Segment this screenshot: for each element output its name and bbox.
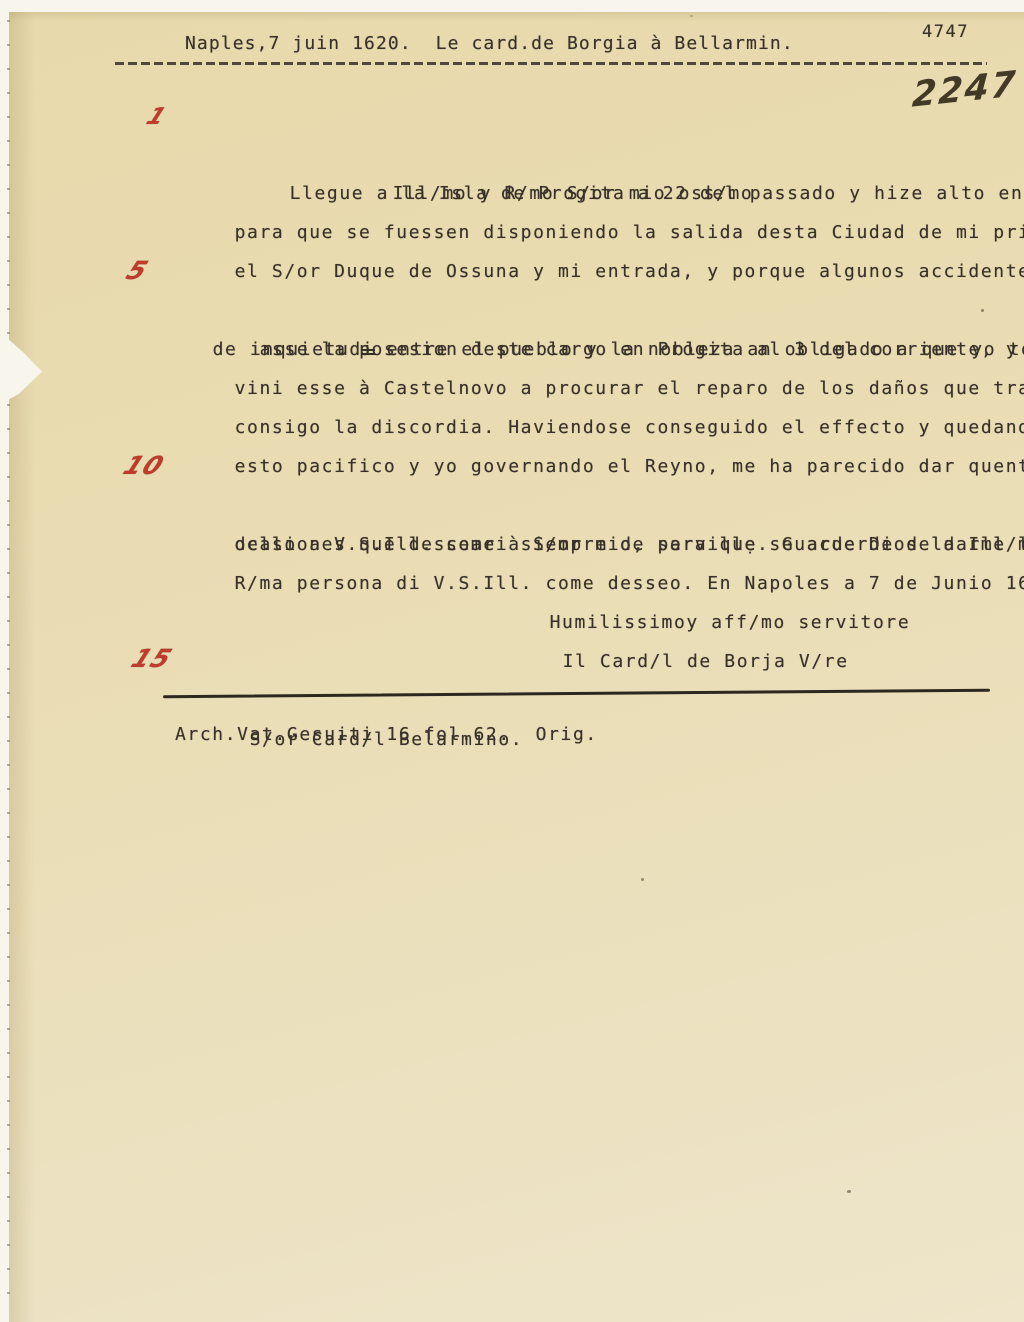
letter-body: 1 Ill/mo y R/mo S/or mio oss/mo Llegue a… <box>160 96 1005 681</box>
body-line: vini esse à Castelnovo a procurar el rep… <box>160 330 1005 369</box>
paper-perforated-edge <box>7 20 10 1312</box>
body-line: consigo la discordia. Haviendose consegu… <box>160 369 1005 408</box>
paper-left-shading <box>9 12 35 1322</box>
archive-number: 4747 <box>922 22 969 42</box>
body-line: asse la posesion deste cargo en Progita … <box>160 291 1005 330</box>
body-line: el S/or Duque de Ossuna y mi entrada, y … <box>160 213 1005 252</box>
salutation-line: 1 Ill/mo y R/mo S/or mio oss/mo <box>160 96 1005 135</box>
paper-top-shading <box>9 12 1024 22</box>
scanned-letter-page: Naples,7 juin 1620. Le card.de Borgia à … <box>0 0 1024 1322</box>
ink-speck <box>981 309 984 312</box>
body-line: 10 dello a V.S.Ill. come à S/or mio, par… <box>160 447 1005 486</box>
source-citation: Arch.Vat.Gesuiti 16 fol.62. Orig. <box>175 724 598 745</box>
header-dashed-underline <box>115 62 987 65</box>
body-line: para que se fuessen disponiendo la salid… <box>160 174 1005 213</box>
body-line: Llegue a la Isla de Progita a 22 del pas… <box>160 135 1005 174</box>
header-title: Naples,7 juin 1620. Le card.de Borgia à … <box>185 33 794 54</box>
body-line: 5 de inquietudi entre el pueblo y la nob… <box>138 252 1005 291</box>
signature-line: Il Card/l de Borja V/re <box>160 603 1005 642</box>
body-line: R/ma persona di V.S.Ill. come desseo. En… <box>160 525 1005 564</box>
body-line: ocasiones que desseari siempre de servil… <box>160 486 1005 525</box>
body-line: esto pacifico y yo governando el Reyno, … <box>160 408 1005 447</box>
closing-line: Humilissimoy aff/mo servitore <box>160 564 1005 603</box>
addressee-line: 15 S/or Card/l Belarmino. <box>160 642 1005 681</box>
ink-speck <box>847 1190 851 1193</box>
ink-speck <box>690 15 693 17</box>
ink-speck <box>641 878 644 881</box>
